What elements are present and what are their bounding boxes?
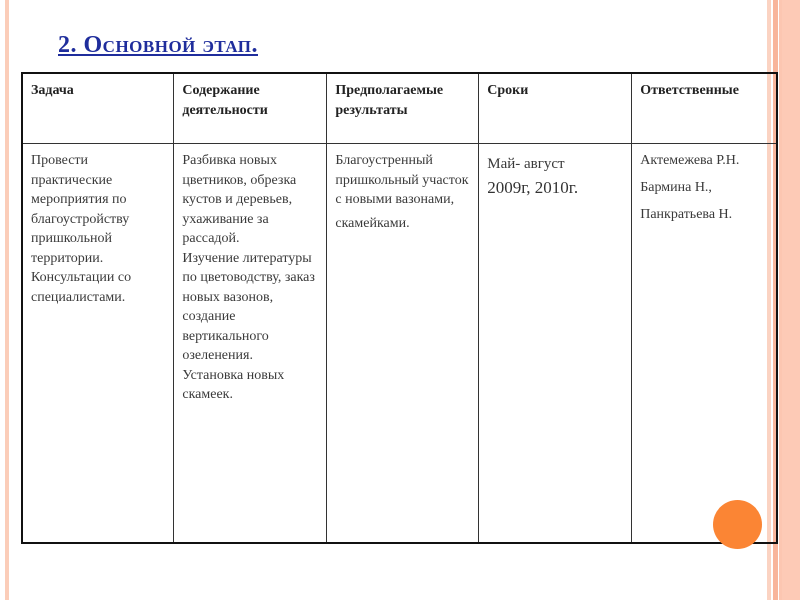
decorative-orange-circle: [713, 500, 762, 549]
slide-title: 2. Основной этап.: [58, 32, 258, 59]
decorative-stripe-left: [5, 0, 9, 600]
task-text: Провести практические мероприятия по бла…: [31, 151, 166, 268]
responsible-person: Бармина Н.,: [640, 178, 769, 198]
results-text: скамейками.: [335, 214, 471, 234]
table-row: Провести практические мероприятия по бла…: [22, 144, 777, 544]
task-text: Консультации со специалистами.: [31, 268, 166, 307]
cell-content: Разбивка новых цветников, обрезка кустов…: [174, 144, 327, 544]
responsible-person: Панкратьева Н.: [640, 205, 769, 225]
plan-table: Задача Содержание деятельности Предполаг…: [21, 72, 778, 544]
responsible-person: Актемежева Р.Н.: [640, 151, 769, 171]
results-text: Благоустренный пришкольный участок с нов…: [335, 151, 471, 210]
content-text: Разбивка новых цветников, обрезка кустов…: [182, 151, 319, 249]
cell-task: Провести практические мероприятия по бла…: [22, 144, 174, 544]
header-deadline: Сроки: [479, 73, 632, 144]
slide: 2. Основной этап. Задача Содержание деят…: [0, 0, 800, 600]
cell-responsible: Актемежева Р.Н. Бармина Н., Панкратьева …: [632, 144, 777, 544]
header-task: Задача: [22, 73, 174, 144]
table-header-row: Задача Содержание деятельности Предполаг…: [22, 73, 777, 144]
header-content: Содержание деятельности: [174, 73, 327, 144]
content-text: Установка новых скамеек.: [182, 366, 319, 405]
content-text: Изучение литературы по цветоводству, зак…: [182, 249, 319, 366]
cell-results: Благоустренный пришкольный участок с нов…: [327, 144, 479, 544]
deadline-months: Май- август: [487, 155, 624, 175]
header-responsible: Ответственные: [632, 73, 777, 144]
deadline-years: 2009г, 2010г.: [487, 178, 624, 198]
header-results: Предполагаемые результаты: [327, 73, 479, 144]
cell-deadline: Май- август 2009г, 2010г.: [479, 144, 632, 544]
decorative-stripe-right: [782, 0, 800, 600]
